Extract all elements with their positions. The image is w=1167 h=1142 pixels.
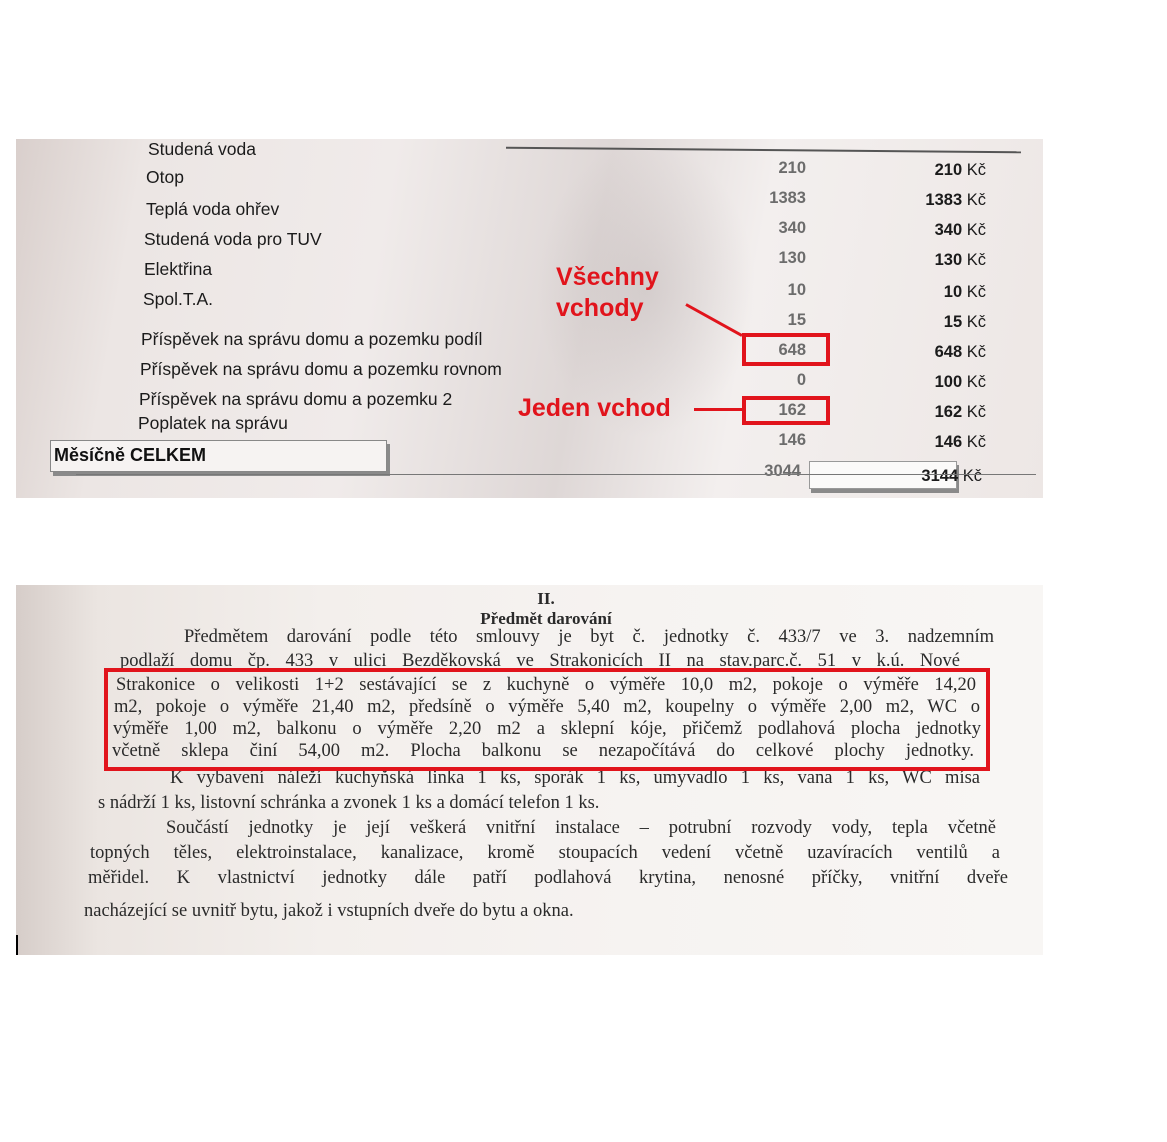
statement-row-amount: 10 Kč xyxy=(846,283,986,302)
statement-row-label: Studená voda pro TUV xyxy=(144,229,322,250)
statement-row-amount: 340 Kč xyxy=(846,221,986,240)
statement-row-qty: 146 xyxy=(726,431,806,450)
section-number: II. xyxy=(516,589,576,609)
statement-row-qty: 340 xyxy=(726,219,806,238)
highlight-box-162 xyxy=(742,396,830,425)
contract-line: K vybavení náleží kuchyňská linka 1 ks, … xyxy=(170,768,980,789)
statement-row-amount: 162 Kč xyxy=(846,403,986,422)
statement-row-qty: 130 xyxy=(726,249,806,268)
statement-row-label: Spol.T.A. xyxy=(143,289,213,310)
statement-row-label: Příspěvek na správu domu a pozemku 2 xyxy=(139,389,452,410)
statement-row-label: Elektřina xyxy=(144,259,212,280)
monthly-total-qty: 3044 xyxy=(721,462,801,481)
statement-row-amount: 648 Kč xyxy=(846,343,986,362)
statement-row-label: Studená voda xyxy=(148,139,256,160)
statement-row-amount: 15 Kč xyxy=(846,313,986,332)
contract-line: Součástí jednotky je její veškerá vnitřn… xyxy=(166,818,996,839)
statement-row-amount: 210 Kč xyxy=(846,161,986,180)
statement-row-label: Příspěvek na správu domu a pozemku rovno… xyxy=(140,359,502,380)
statement-row-qty: 15 xyxy=(726,311,806,330)
statement-row-qty: 210 xyxy=(726,159,806,178)
table-bottom-rule xyxy=(76,474,1036,475)
contract-line: topných těles, elektroinstalace, kanaliz… xyxy=(90,843,1000,864)
statement-row-label: Příspěvek na správu domu a pozemku podíl xyxy=(141,329,482,350)
monthly-total-amount: 3144 Kč xyxy=(842,467,982,486)
highlight-box-648 xyxy=(742,333,830,366)
highlight-box-unit-area xyxy=(104,668,990,771)
annotation-line-one xyxy=(694,408,744,411)
statement-row-label: Poplatek na správu xyxy=(138,413,288,434)
statement-row-qty: 10 xyxy=(726,281,806,300)
contract-line: měřidel. K vlastnictví jednotky dále pat… xyxy=(88,868,1008,889)
billing-statement-photo: Studená voda210210 KčOtop13831383 KčTepl… xyxy=(16,139,1043,498)
monthly-total-label-box: Měsíčně CELKEM xyxy=(50,440,387,472)
statement-row-amount: 100 Kč xyxy=(846,373,986,392)
text-cursor xyxy=(16,935,18,955)
statement-row-label: Teplá voda ohřev xyxy=(146,199,279,220)
monthly-total-label: Měsíčně CELKEM xyxy=(54,445,206,466)
contract-line: Předmětem darování podle této smlouvy je… xyxy=(184,627,994,648)
annotation-one-entrance: Jeden vchod xyxy=(518,393,671,424)
statement-row-qty: 0 xyxy=(726,371,806,390)
statement-row-amount: 146 Kč xyxy=(846,433,986,452)
statement-row-amount: 130 Kč xyxy=(846,251,986,270)
contract-line: s nádrží 1 ks, listovní schránka a zvone… xyxy=(98,793,599,814)
statement-row-label: Otop xyxy=(146,167,184,188)
annotation-all-entrances: Všechny vchody xyxy=(556,262,659,324)
statement-row-qty: 1383 xyxy=(726,189,806,208)
contract-line: nacházející se uvnitř bytu, jakož i vstu… xyxy=(84,901,574,922)
section-title: Předmět darování xyxy=(436,609,656,629)
statement-row-amount: 1383 Kč xyxy=(846,191,986,210)
